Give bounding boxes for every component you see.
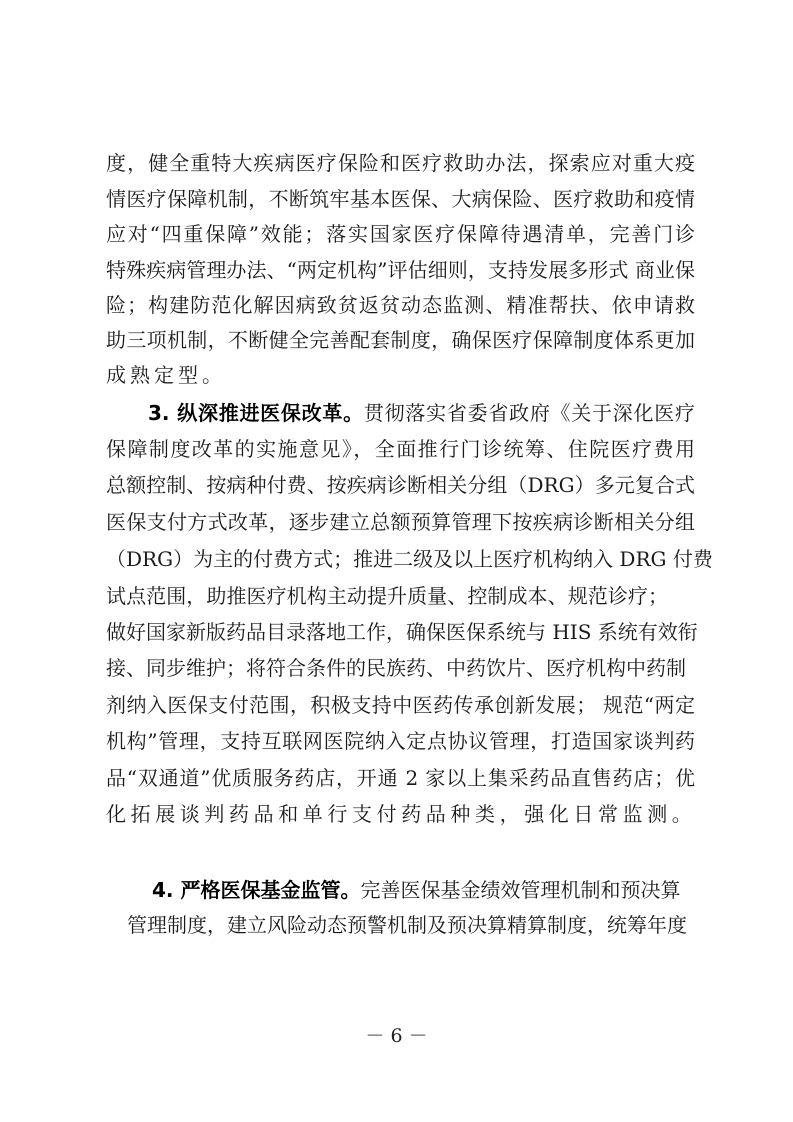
section-4-text: 完善医保基金绩效管理机制和预决算 (360, 878, 680, 902)
paragraph-line: 应对“四重保障”效能；落实国家医疗保障待遇清单，完善门诊 (106, 221, 695, 247)
document-page: 度，健全重特大疾病医疗保险和医疗救助办法，探索应对重大疫 情医疗保障机制，不断筑… (0, 0, 793, 1122)
paragraph-line: 情医疗保障机制，不断筑牢基本医保、大病保险、医疗救助和疫情 (106, 186, 695, 212)
paragraph-line: 助三项机制，不断健全完善配套制度，确保医疗保障制度体系更加 (106, 327, 695, 353)
paragraph-line: 总额控制、按病种付费、按疾病诊断相关分组（DRG）多元复合式 (106, 472, 695, 498)
paragraph-line: 剂纳入医保支付范围，积极支持中医药传承创新发展； 规范“两定 (106, 692, 695, 718)
paragraph-line: 成熟定型。 (106, 362, 695, 388)
paragraph-line: 管理制度，建立风险动态预警机制及预决算精算制度，统筹年度 (127, 912, 673, 938)
paragraph-line: 做好国家新版药品目录落地工作，确保医保系统与 HIS 系统有效衔 (106, 619, 695, 645)
page-number: － 6 － (0, 1021, 793, 1048)
paragraph-line: 化拓展谈判药品和单行支付药品种类，强化日常监测。 (106, 801, 695, 827)
paragraph-line: 险；构建防范化解因病致贫返贫动态监测、精准帮扶、依申请救 (106, 292, 695, 318)
section-3-heading: 3. 纵深推进医保改革。 (148, 401, 364, 425)
paragraph-line: 试点范围，助推医疗机构主动提升质量、控制成本、规范诊疗； (106, 583, 668, 609)
paragraph-line: 机构”管理，支持互联网医院纳入定点协议管理，打造国家谈判药 (106, 728, 695, 754)
paragraph-line: （DRG）为主的付费方式；推进二级及以上医疗机构纳入 DRG 付费 (106, 546, 695, 572)
section-4-first-line: 4. 严格医保基金监管。完善医保基金绩效管理机制和预决算 (152, 877, 672, 903)
section-4-heading: 4. 严格医保基金监管。 (152, 878, 360, 902)
paragraph-line: 接、同步维护；将符合条件的民族药、中药饮片、医疗机构中药制 (106, 655, 686, 681)
paragraph-line: 度，健全重特大疾病医疗保险和医疗救助办法，探索应对重大疫 (106, 150, 695, 176)
paragraph-line: 医保支付方式改革，逐步建立总额预算管理下按疾病诊断相关分组 (106, 509, 695, 535)
section-3-text: 贯彻落实省委省政府《关于深化医疗 (364, 401, 695, 425)
section-3-first-line: 3. 纵深推进医保改革。贯彻落实省委省政府《关于深化医疗 (148, 400, 695, 426)
paragraph-line: 保障制度改革的实施意见》，全面推行门诊统筹、住院医疗费用 (106, 436, 695, 462)
paragraph-line: 品“双通道”优质服务药店，开通 2 家以上集采药品直售药店；优 (106, 765, 695, 791)
paragraph-line: 特殊疾病管理办法、“两定机构”评估细则，支持发展多形式 商业保 (106, 257, 695, 283)
